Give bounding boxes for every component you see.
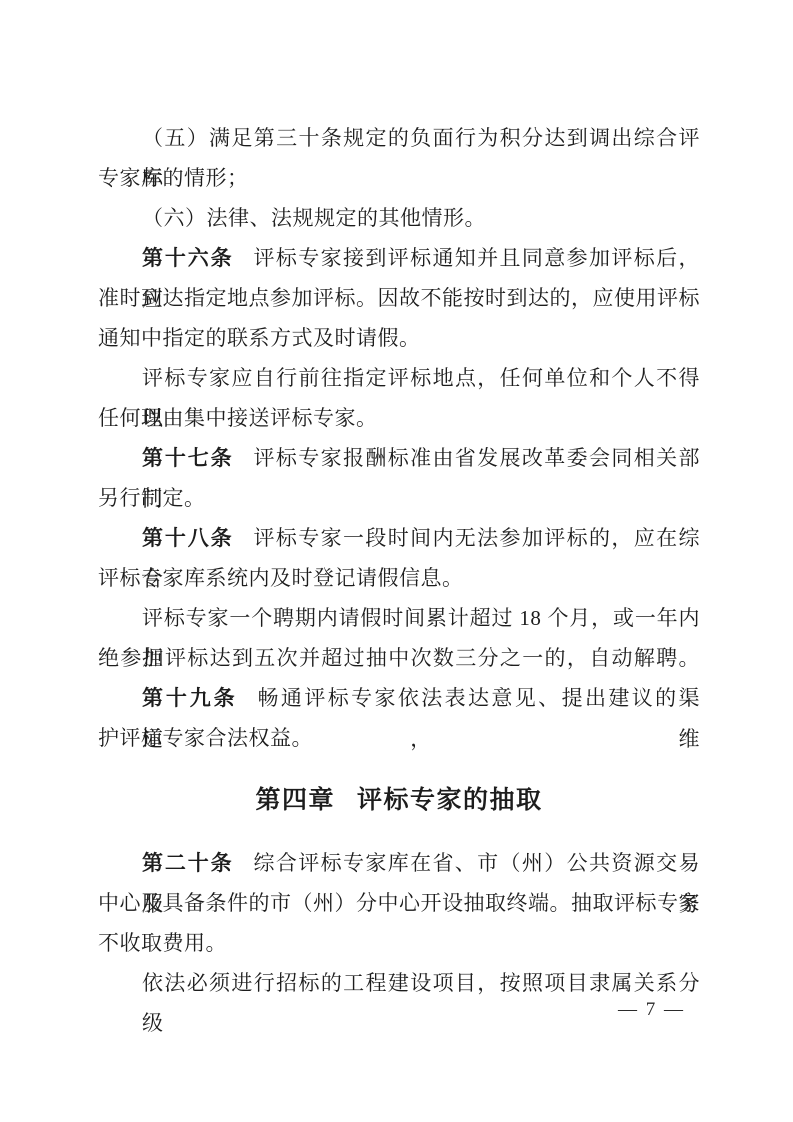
document-page: （五）满足第三十条规定的负面行为积分达到调出综合评标专家库的情形；（六）法律、法…: [0, 0, 793, 1122]
page-number: — 7 —: [618, 995, 685, 1025]
text-line: 专家库的情形；: [98, 158, 700, 198]
article-number: 第十八条: [142, 527, 233, 550]
body-top-lines: （五）满足第三十条规定的负面行为积分达到调出综合评标专家库的情形；（六）法律、法…: [98, 118, 700, 758]
text-line: 评标专家一个聘期内请假时间累计超过 18 个月，或一年内拒: [98, 598, 700, 638]
article-number: 第十六条: [142, 247, 233, 270]
text-line: 通知中指定的联系方式及时请假。: [98, 318, 700, 358]
article-number: 第十七条: [142, 447, 233, 470]
text-line: 评标专家库系统内及时登记请假信息。: [98, 558, 700, 598]
text-line: 第十七条评标专家报酬标准由省发展改革委会同相关部门: [98, 438, 700, 478]
text-line: 第十八条评标专家一段时间内无法参加评标的，应在综合: [98, 518, 700, 558]
body-bottom-lines: 第二十条综合评标专家库在省、市（州）公共资源交易服务中心及具备条件的市（州）分中…: [98, 843, 700, 1003]
chapter-number: 第四章: [255, 786, 335, 814]
text-line: 评标专家应自行前往指定评标地点，任何单位和个人不得以: [98, 358, 700, 398]
text-line: 依法必须进行招标的工程建设项目，按照项目隶属关系分级: [98, 963, 700, 1003]
chapter-title: 评标专家的抽取: [357, 786, 543, 814]
text-line: 第十九条畅通评标专家依法表达意见、提出建议的渠道，维: [98, 678, 700, 718]
text-line: 任何理由集中接送评标专家。: [98, 398, 700, 438]
text-line: 准时到达指定地点参加评标。因故不能按时到达的，应使用评标: [98, 278, 700, 318]
article-number: 第十九条: [142, 687, 238, 710]
article-number: 第二十条: [142, 852, 233, 875]
text-line: （五）满足第三十条规定的负面行为积分达到调出综合评标: [98, 118, 700, 158]
text-line: 第二十条综合评标专家库在省、市（州）公共资源交易服务: [98, 843, 700, 883]
chapter-heading: 第四章评标专家的抽取: [98, 758, 700, 843]
text-line: 不收取费用。: [98, 923, 700, 963]
text-line: 绝参加评标达到五次并超过抽中次数三分之一的，自动解聘。: [98, 638, 700, 678]
text-line: 第十六条评标专家接到评标通知并且同意参加评标后，应: [98, 238, 700, 278]
text-line: 中心及具备条件的市（州）分中心开设抽取终端。抽取评标专家: [98, 883, 700, 923]
text-line: 另行制定。: [98, 478, 700, 518]
text-line: （六）法律、法规规定的其他情形。: [98, 198, 700, 238]
document-body: （五）满足第三十条规定的负面行为积分达到调出综合评标专家库的情形；（六）法律、法…: [98, 118, 700, 1003]
